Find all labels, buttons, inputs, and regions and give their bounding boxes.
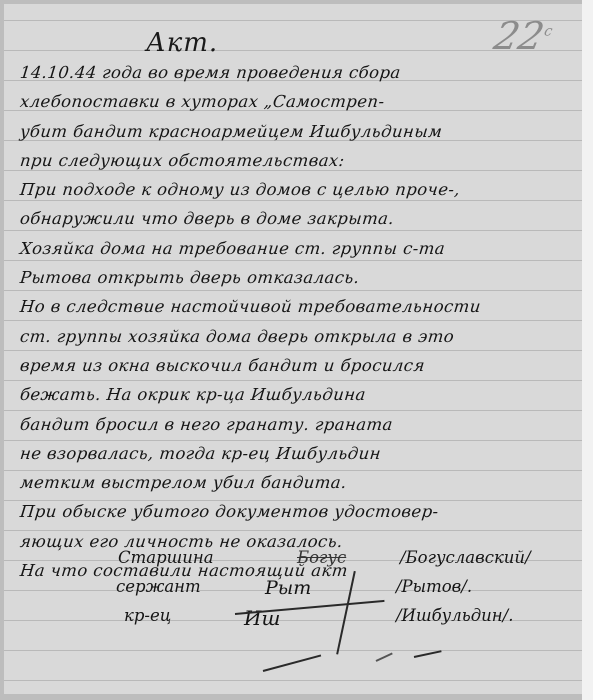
signature-rank: кр-ец	[124, 606, 171, 625]
body-line: При подходе к одному из домов с целью пр…	[18, 175, 581, 204]
page-number-value: 22	[490, 14, 548, 58]
body-line: Хозяйка дома на требование ст. группы с-…	[18, 234, 581, 263]
signature-mark: Рыт	[265, 577, 311, 599]
body-line: бежать. На окрик кр-ца Ишбульдина	[18, 380, 581, 409]
page-edge	[582, 0, 593, 700]
body-line: не взорвалась, тогда кр-ец Ишбульдин	[18, 439, 581, 468]
body-line: метким выстрелом убил бандита.	[18, 468, 581, 497]
signature-rank: Старшина	[118, 548, 214, 567]
document-body: 14.10.44 года во время проведения сбора …	[20, 58, 580, 585]
body-line: время из окна выскочил бандит и бросился	[18, 351, 581, 380]
body-line: Рытова открыть дверь отказалась.	[18, 263, 581, 292]
signature-name: /Ишбульдин/.	[396, 606, 513, 625]
signature-name: /Рытов/.	[396, 577, 472, 596]
body-line: убит бандит красноармейцем Ишбульдиным	[18, 117, 581, 146]
signature-mark: Богус	[297, 548, 346, 567]
body-line: Но в следствие настойчивой требовательно…	[18, 292, 581, 321]
body-line: ст. группы хозяйка дома дверь открыла в …	[18, 322, 581, 351]
body-line: хлебопоставки в хуторах „Самостреп-	[18, 87, 581, 116]
body-line: бандит бросил в него гранату. граната	[18, 410, 581, 439]
signature-name: /Богуславский/	[400, 548, 531, 567]
body-line: При обыске убитого документов удостовер-	[18, 497, 581, 526]
document-title: Акт.	[146, 28, 218, 58]
body-line: обнаружили что дверь в доме закрыта.	[18, 204, 581, 233]
signature-rank: сержант	[116, 577, 201, 596]
page-number: 22с	[490, 14, 556, 58]
body-line: при следующих обстоятельствах:	[18, 146, 581, 175]
body-line: 14.10.44 года во время проведения сбора	[18, 58, 581, 87]
